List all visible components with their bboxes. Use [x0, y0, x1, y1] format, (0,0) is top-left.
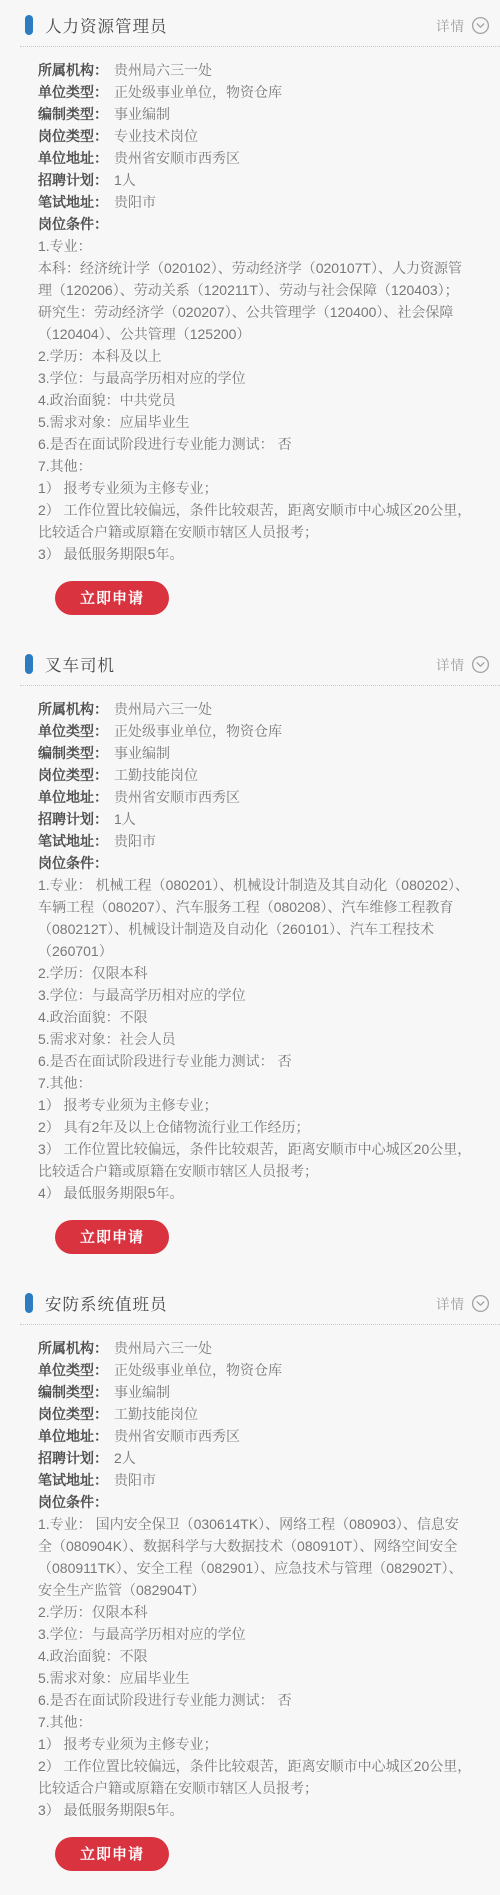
apply-now-button[interactable]: 立即申请 — [55, 1220, 169, 1254]
field-row: 编制类型：事业编制 — [38, 103, 472, 125]
field-value: 2人 — [114, 1450, 136, 1466]
field-value: 正处级事业单位，物资仓库 — [114, 1362, 282, 1378]
field-label: 所属机构： — [38, 1340, 108, 1356]
requirement-line: 3） 工作位置比较偏远，条件比较艰苦，距离安顺市中心城区20公里，比较适合户籍或… — [38, 1138, 472, 1182]
requirement-line: 2） 具有2年及以上仓储物流行业工作经历； — [38, 1116, 472, 1138]
requirement-line: 5.需求对象：社会人员 — [38, 1028, 472, 1050]
field-value: 事业编制 — [114, 1384, 170, 1400]
requirement-line: 5.需求对象：应届毕业生 — [38, 1667, 472, 1689]
field-row: 岗位类型：专业技术岗位 — [38, 125, 472, 147]
field-label: 岗位类型： — [38, 767, 108, 783]
field-value: 正处级事业单位，物资仓库 — [114, 84, 282, 100]
requirement-line: 4.政治面貌：不限 — [38, 1645, 472, 1667]
field-label: 笔试地址： — [38, 194, 108, 210]
field-value: 贵阳市 — [114, 833, 156, 849]
requirement-line: 7.其他： — [38, 455, 472, 477]
field-row: 单位类型：正处级事业单位，物资仓库 — [38, 81, 472, 103]
field-row: 岗位条件： — [38, 852, 472, 874]
field-row: 笔试地址：贵阳市 — [38, 830, 472, 852]
job-title: 叉车司机 — [45, 652, 115, 676]
field-row: 招聘计划：1人 — [38, 169, 472, 191]
field-row: 岗位类型：工勤技能岗位 — [38, 764, 472, 786]
requirement-line: 2） 工作位置比较偏远，条件比较艰苦，距离安顺市中心城区20公里，比较适合户籍或… — [38, 1755, 472, 1799]
field-value: 贵阳市 — [114, 1472, 156, 1488]
requirement-line: 4.政治面貌：不限 — [38, 1006, 472, 1028]
field-row: 单位地址：贵州省安顺市西秀区 — [38, 786, 472, 808]
details-label: 详情 — [436, 1293, 465, 1313]
field-label: 岗位类型： — [38, 1406, 108, 1422]
job-card-body: 所属机构：贵州局六三一处 单位类型：正处级事业单位，物资仓库 编制类型：事业编制… — [0, 686, 500, 1278]
field-value: 贵州省安顺市西秀区 — [114, 1428, 240, 1444]
field-value: 专业技术岗位 — [114, 128, 198, 144]
field-row: 岗位条件： — [38, 1491, 472, 1513]
field-row: 笔试地址：贵阳市 — [38, 1469, 472, 1491]
field-label: 招聘计划： — [38, 811, 108, 827]
field-label: 招聘计划： — [38, 1450, 108, 1466]
field-value: 工勤技能岗位 — [114, 767, 198, 783]
requirement-line: 6.是否在面试阶段进行专业能力测试： 否 — [38, 433, 472, 455]
field-value: 1人 — [114, 811, 136, 827]
field-value: 贵阳市 — [114, 194, 156, 210]
field-value: 工勤技能岗位 — [114, 1406, 198, 1422]
field-row: 编制类型：事业编制 — [38, 1381, 472, 1403]
apply-now-button[interactable]: 立即申请 — [55, 581, 169, 615]
requirement-line: 2.学历：本科及以上 — [38, 345, 472, 367]
title-accent-bar-icon — [25, 15, 33, 35]
field-label: 单位地址： — [38, 789, 108, 805]
details-link[interactable]: 详情 — [436, 15, 490, 35]
details-label: 详情 — [436, 15, 465, 35]
requirement-line: 3） 最低服务期限5年。 — [38, 1799, 472, 1821]
field-value: 1人 — [114, 172, 136, 188]
requirement-line: 3.学位：与最高学历相对应的学位 — [38, 984, 472, 1006]
field-row: 岗位条件： — [38, 213, 472, 235]
requirement-line: 6.是否在面试阶段进行专业能力测试： 否 — [38, 1689, 472, 1711]
job-card-header: 叉车司机 详情 — [20, 639, 500, 686]
requirement-line: 7.其他： — [38, 1072, 472, 1094]
field-label: 单位类型： — [38, 723, 108, 739]
field-label: 岗位类型： — [38, 128, 108, 144]
title-accent-bar-icon — [25, 654, 33, 674]
field-row: 笔试地址：贵阳市 — [38, 191, 472, 213]
job-title: 安防系统值班员 — [45, 1291, 168, 1315]
requirement-line: 1.专业： 国内安全保卫（030614TK）、网络工程（080903）、信息安全… — [38, 1513, 472, 1601]
field-value: 事业编制 — [114, 745, 170, 761]
field-value: 事业编制 — [114, 106, 170, 122]
field-value: 贵州局六三一处 — [114, 1340, 212, 1356]
details-link[interactable]: 详情 — [436, 1293, 490, 1313]
field-value: 贵州局六三一处 — [114, 62, 212, 78]
requirement-line: 研究生：劳动经济学（020207）、公共管理学（120400）、社会保障（120… — [38, 301, 472, 345]
field-row: 所属机构：贵州局六三一处 — [38, 1337, 472, 1359]
requirement-line: 4.政治面貌：中共党员 — [38, 389, 472, 411]
details-label: 详情 — [436, 654, 465, 674]
job-title: 人力资源管理员 — [45, 13, 168, 37]
field-row: 单位地址：贵州省安顺市西秀区 — [38, 1425, 472, 1447]
field-label: 单位类型： — [38, 1362, 108, 1378]
requirement-line: 3.学位：与最高学历相对应的学位 — [38, 367, 472, 389]
field-label: 单位地址： — [38, 150, 108, 166]
requirement-line: 7.其他： — [38, 1711, 472, 1733]
field-label: 单位地址： — [38, 1428, 108, 1444]
job-card-header: 人力资源管理员 详情 — [20, 0, 500, 47]
field-label: 招聘计划： — [38, 172, 108, 188]
requirement-line: 4） 最低服务期限5年。 — [38, 1182, 472, 1204]
field-label: 岗位条件： — [38, 216, 108, 232]
chevron-down-circle-icon[interactable] — [471, 16, 490, 35]
field-value: 正处级事业单位，物资仓库 — [114, 723, 282, 739]
job-card-forklift-driver: 叉车司机 详情 所属机构：贵州局六三一处 单位类型：正处级事业单位，物资仓库 编… — [0, 639, 500, 1278]
requirement-line: 1.专业： — [38, 235, 472, 257]
field-row: 单位地址：贵州省安顺市西秀区 — [38, 147, 472, 169]
field-label: 岗位条件： — [38, 855, 108, 871]
job-card-hr-admin: 人力资源管理员 详情 所属机构：贵州局六三一处 单位类型：正处级事业单位，物资仓… — [0, 0, 500, 639]
requirement-line: 2.学历：仅限本科 — [38, 1601, 472, 1623]
requirement-line: 5.需求对象：应届毕业生 — [38, 411, 472, 433]
field-row: 招聘计划：1人 — [38, 808, 472, 830]
requirement-line: 2） 工作位置比较偏远，条件比较艰苦，距离安顺市中心城区20公里，比较适合户籍或… — [38, 499, 472, 543]
field-row: 招聘计划：2人 — [38, 1447, 472, 1469]
requirement-line: 1） 报考专业须为主修专业； — [38, 1733, 472, 1755]
field-row: 单位类型：正处级事业单位，物资仓库 — [38, 1359, 472, 1381]
details-link[interactable]: 详情 — [436, 654, 490, 674]
field-value: 贵州省安顺市西秀区 — [114, 150, 240, 166]
field-row: 所属机构：贵州局六三一处 — [38, 59, 472, 81]
field-value: 贵州省安顺市西秀区 — [114, 789, 240, 805]
requirement-line: 3） 最低服务期限5年。 — [38, 543, 472, 565]
field-row: 编制类型：事业编制 — [38, 742, 472, 764]
field-label: 岗位条件： — [38, 1494, 108, 1510]
field-label: 编制类型： — [38, 106, 108, 122]
field-label: 笔试地址： — [38, 833, 108, 849]
field-row: 所属机构：贵州局六三一处 — [38, 698, 472, 720]
requirement-line: 2.学历：仅限本科 — [38, 962, 472, 984]
requirement-line: 1） 报考专业须为主修专业； — [38, 477, 472, 499]
field-label: 所属机构： — [38, 701, 108, 717]
job-card-body: 所属机构：贵州局六三一处 单位类型：正处级事业单位，物资仓库 编制类型：事业编制… — [0, 1325, 500, 1895]
requirement-line: 6.是否在面试阶段进行专业能力测试： 否 — [38, 1050, 472, 1072]
chevron-down-circle-icon[interactable] — [471, 655, 490, 674]
requirement-line: 1.专业： 机械工程（080201）、机械设计制造及其自动化（080202）、车… — [38, 874, 472, 962]
job-card-security-duty: 安防系统值班员 详情 所属机构：贵州局六三一处 单位类型：正处级事业单位，物资仓… — [0, 1278, 500, 1895]
field-label: 单位类型： — [38, 84, 108, 100]
job-card-header: 安防系统值班员 详情 — [20, 1278, 500, 1325]
requirement-line: 1） 报考专业须为主修专业； — [38, 1094, 472, 1116]
requirement-line: 本科：经济统计学（020102）、劳动经济学（020107T）、人力资源管理（1… — [38, 257, 472, 301]
field-label: 编制类型： — [38, 1384, 108, 1400]
field-row: 单位类型：正处级事业单位，物资仓库 — [38, 720, 472, 742]
chevron-down-circle-icon[interactable] — [471, 1294, 490, 1313]
field-value: 贵州局六三一处 — [114, 701, 212, 717]
field-label: 笔试地址： — [38, 1472, 108, 1488]
job-card-body: 所属机构：贵州局六三一处 单位类型：正处级事业单位，物资仓库 编制类型：事业编制… — [0, 47, 500, 639]
apply-now-button[interactable]: 立即申请 — [55, 1837, 169, 1871]
field-label: 编制类型： — [38, 745, 108, 761]
field-row: 岗位类型：工勤技能岗位 — [38, 1403, 472, 1425]
field-label: 所属机构： — [38, 62, 108, 78]
title-accent-bar-icon — [25, 1293, 33, 1313]
requirement-line: 3.学位：与最高学历相对应的学位 — [38, 1623, 472, 1645]
